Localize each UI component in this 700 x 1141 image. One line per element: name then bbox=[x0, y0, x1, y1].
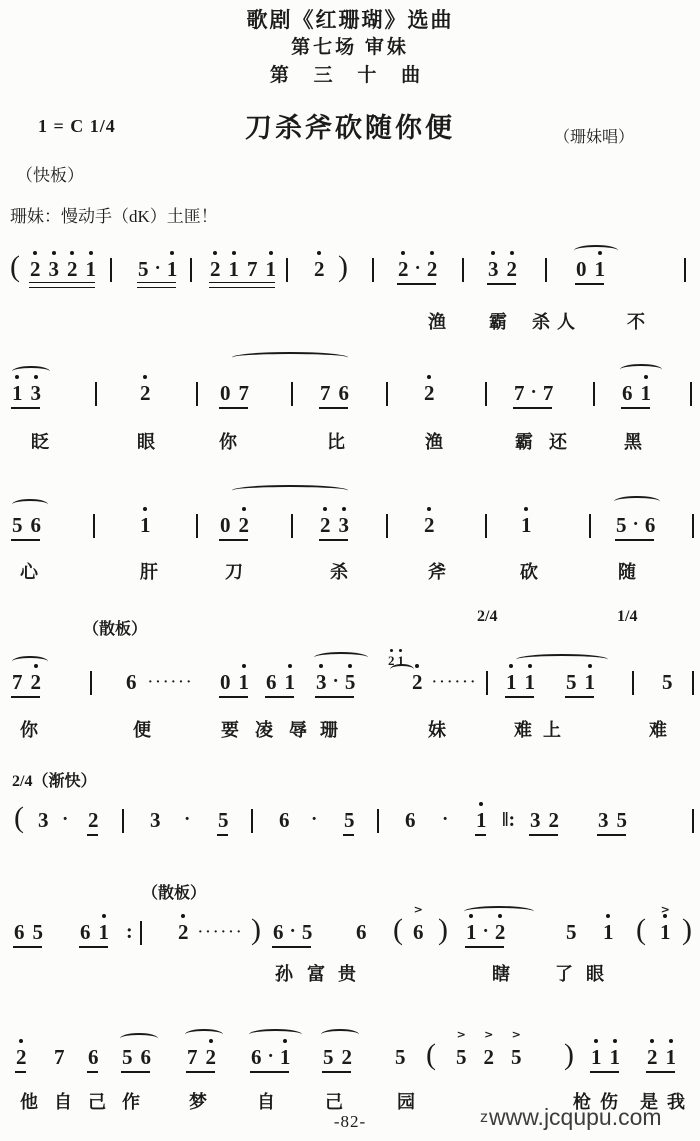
barline bbox=[291, 382, 293, 406]
notes-cell: 65 bbox=[14, 920, 43, 944]
tempo-meter-mark: 2/4（渐快） bbox=[12, 768, 96, 791]
tie-arc bbox=[574, 245, 618, 256]
notes-cell: 5 bbox=[662, 670, 673, 694]
lyric: 作 bbox=[122, 1088, 140, 1114]
lyric: 凌 bbox=[255, 716, 273, 742]
lyric: 不 bbox=[627, 308, 645, 334]
tie-arc bbox=[516, 654, 608, 665]
open-paren: ( bbox=[426, 1040, 436, 1070]
barline bbox=[140, 921, 142, 945]
barline bbox=[386, 514, 388, 538]
lyric: 了 bbox=[555, 960, 573, 986]
open-paren: ( bbox=[636, 915, 646, 945]
notes-cell: 61 bbox=[266, 670, 295, 694]
notes-cell: 1·2 bbox=[466, 920, 505, 944]
notes-cell: 52 bbox=[323, 1045, 352, 1069]
notes-cell: 5>2>5> bbox=[456, 1045, 522, 1069]
notes-cell: 7·7 bbox=[514, 381, 553, 405]
barline bbox=[190, 258, 192, 282]
notes-cell: 01 bbox=[220, 670, 249, 694]
tie-arc bbox=[120, 1033, 158, 1044]
tempo-meter-mark: 2/4 bbox=[477, 608, 497, 626]
lyric: 难 bbox=[649, 716, 667, 742]
lyric: 人 bbox=[557, 308, 575, 334]
lyric: 富 bbox=[307, 960, 325, 986]
notes-cell: 2·2 bbox=[398, 257, 437, 281]
lyric: 眼 bbox=[586, 960, 604, 986]
open-paren: ( bbox=[10, 252, 20, 282]
notes-cell: 6 bbox=[88, 1045, 99, 1069]
notes-cell: 11 bbox=[506, 670, 535, 694]
barline bbox=[593, 382, 595, 406]
barline bbox=[286, 258, 288, 282]
lyric: 比 bbox=[327, 428, 345, 454]
lyric: 杀 bbox=[532, 308, 550, 334]
tie-arc bbox=[321, 1029, 359, 1040]
lyric: 梦 bbox=[189, 1088, 207, 1114]
notes-cell: 72 bbox=[187, 1045, 216, 1069]
notes-cell: 5 bbox=[566, 920, 577, 944]
barline bbox=[251, 809, 253, 833]
barline bbox=[291, 514, 293, 538]
barline bbox=[589, 514, 591, 538]
watermark: zwww.jcqupu.com bbox=[480, 1104, 662, 1131]
notes-cell: · bbox=[64, 808, 74, 832]
notes-cell: 5 bbox=[344, 808, 355, 832]
notes-cell: 35 bbox=[598, 808, 627, 832]
barline bbox=[690, 382, 692, 406]
continuation-dots: ······ bbox=[198, 923, 244, 943]
lyric: 珊 bbox=[320, 716, 338, 742]
barline bbox=[486, 671, 488, 695]
lyric: 刀 bbox=[225, 558, 243, 584]
notes-cell: 01 bbox=[576, 257, 605, 281]
lyric: 心 bbox=[20, 558, 38, 584]
notes-cell: 23 bbox=[320, 513, 349, 537]
tie-arc bbox=[12, 656, 48, 667]
barline bbox=[93, 514, 95, 538]
lyric: 上 bbox=[543, 716, 561, 742]
notes-cell: 1 bbox=[521, 513, 532, 537]
notes-cell: 13 bbox=[12, 381, 41, 405]
lyric: 难 bbox=[514, 716, 532, 742]
lyric: 己 bbox=[325, 1088, 343, 1114]
lyric: 孙 bbox=[275, 960, 293, 986]
close-paren: ) bbox=[251, 915, 261, 945]
notes-cell: 21 bbox=[647, 1045, 676, 1069]
barline bbox=[485, 514, 487, 538]
lyric: 渔 bbox=[428, 308, 446, 334]
tempo-kuaiban: （快板） bbox=[16, 161, 84, 186]
barline bbox=[372, 258, 374, 282]
notes-cell: 1 bbox=[603, 920, 614, 944]
barline bbox=[632, 671, 634, 695]
tempo-meter-mark: 1/4 bbox=[617, 608, 637, 626]
score-page: 歌剧《红珊瑚》选曲 第七场 审妹 第 三 十 曲 1 = C 1/4 刀杀斧砍随… bbox=[0, 0, 700, 1141]
notes-cell: 6 bbox=[405, 808, 416, 832]
notes-cell: 6 bbox=[356, 920, 367, 944]
barline bbox=[196, 514, 198, 538]
lyric: 斧 bbox=[428, 558, 446, 584]
notes-cell: 5·6 bbox=[616, 513, 655, 537]
barline bbox=[545, 258, 547, 282]
lyric: 霸 bbox=[489, 308, 507, 334]
notes-cell: 61 bbox=[80, 920, 109, 944]
notes-cell: 2 bbox=[88, 808, 99, 832]
lyric: 还 bbox=[549, 428, 567, 454]
close-paren: ) bbox=[338, 252, 348, 282]
notes-cell: 6 bbox=[126, 670, 137, 694]
lyric: 便 bbox=[133, 716, 151, 742]
lyric: 黑 bbox=[624, 428, 642, 454]
notes-cell: 32 bbox=[488, 257, 517, 281]
scene-title: 第七场 审妹 bbox=[0, 32, 700, 59]
open-paren: ( bbox=[393, 915, 403, 945]
lyric: 园 bbox=[397, 1088, 415, 1114]
close-paren: ) bbox=[438, 915, 448, 945]
notes-cell: · bbox=[444, 808, 454, 832]
lyric: 妹 bbox=[428, 716, 446, 742]
notes-cell: 3·5 bbox=[316, 670, 355, 694]
notes-cell: 2 bbox=[178, 920, 189, 944]
notes-cell: · bbox=[186, 808, 196, 832]
notes-cell: 51 bbox=[566, 670, 595, 694]
barline bbox=[485, 382, 487, 406]
notes-cell: 2321 bbox=[30, 257, 96, 281]
tie-arc bbox=[232, 352, 348, 363]
notes-cell: 2171 bbox=[210, 257, 276, 281]
lyric: 眼 bbox=[137, 428, 155, 454]
lyric: 我 bbox=[667, 1088, 685, 1114]
notes-cell: 6·5 bbox=[273, 920, 312, 944]
tie-arc bbox=[249, 1029, 302, 1040]
notes-cell: 6> bbox=[413, 920, 424, 944]
lyric: 要 bbox=[221, 716, 239, 742]
tempo-meter-mark: （散板） bbox=[83, 616, 147, 639]
notes-cell: 2 bbox=[424, 381, 435, 405]
barline bbox=[90, 671, 92, 695]
notes-cell: 61 bbox=[622, 381, 651, 405]
notes-cell: 3 bbox=[38, 808, 49, 832]
tie-arc bbox=[620, 364, 662, 375]
lyric: 贵 bbox=[338, 960, 356, 986]
barline bbox=[95, 382, 97, 406]
lyric: 霸 bbox=[515, 428, 533, 454]
notes-cell: 6·1 bbox=[251, 1045, 290, 1069]
notes-cell: 07 bbox=[220, 381, 249, 405]
notes-cell: 56 bbox=[122, 1045, 151, 1069]
notes-cell: 5 bbox=[395, 1045, 406, 1069]
close-paren: ) bbox=[682, 915, 692, 945]
notes-cell: 11 bbox=[591, 1045, 620, 1069]
lyric: 渔 bbox=[425, 428, 443, 454]
barline bbox=[462, 258, 464, 282]
notes-cell: 1 bbox=[140, 513, 151, 537]
tie-arc bbox=[185, 1029, 223, 1040]
lyric: 肝 bbox=[140, 558, 158, 584]
singer-note: （珊妹唱） bbox=[554, 124, 634, 147]
notes-cell: 6 bbox=[279, 808, 290, 832]
notes-cell: 02 bbox=[220, 513, 249, 537]
repeat-colon: : bbox=[126, 920, 133, 944]
tie-arc bbox=[12, 366, 50, 377]
close-paren: ) bbox=[564, 1040, 574, 1070]
notes-cell: 5 bbox=[218, 808, 229, 832]
notes-cell: 1 bbox=[476, 808, 487, 832]
notes-cell: 5·1 bbox=[138, 257, 177, 281]
lyric: 自 bbox=[257, 1088, 275, 1114]
continuation-dots: ······ bbox=[432, 673, 478, 693]
lyric: 辱 bbox=[289, 716, 307, 742]
lyric: 自 bbox=[54, 1088, 72, 1114]
barline bbox=[692, 809, 694, 833]
barline bbox=[196, 382, 198, 406]
lyric: 砍 bbox=[520, 558, 538, 584]
notes-cell: 2 bbox=[140, 381, 151, 405]
lyric: 杀 bbox=[330, 558, 348, 584]
barline bbox=[386, 382, 388, 406]
notes-cell: 3 bbox=[150, 808, 161, 832]
tie-arc bbox=[390, 664, 414, 675]
collection-title: 歌剧《红珊瑚》选曲 bbox=[0, 4, 700, 34]
open-paren: ( bbox=[14, 803, 24, 833]
lyric: 你 bbox=[219, 428, 237, 454]
lyric: 随 bbox=[618, 558, 636, 584]
tie-arc bbox=[614, 496, 660, 507]
barline bbox=[692, 671, 694, 695]
repeat-start-sign: ‖: bbox=[502, 808, 515, 832]
lyric: 眨 bbox=[31, 428, 49, 454]
lyric: 你 bbox=[20, 716, 38, 742]
lyric: 瞎 bbox=[492, 960, 510, 986]
piece-number: 第 三 十 曲 bbox=[0, 60, 700, 87]
notes-cell: 76 bbox=[320, 381, 349, 405]
notes-cell: 2 bbox=[314, 257, 325, 281]
barline bbox=[110, 258, 112, 282]
notes-cell: 2 bbox=[424, 513, 435, 537]
tie-arc bbox=[314, 652, 368, 663]
notes-cell: 72 bbox=[12, 670, 41, 694]
watermark-site: www.jcqupu.com bbox=[489, 1104, 662, 1130]
tempo-meter-mark: （散板） bbox=[142, 880, 206, 903]
lyric: 己 bbox=[88, 1088, 106, 1114]
barline bbox=[692, 514, 694, 538]
barline bbox=[377, 809, 379, 833]
notes-cell: 2 bbox=[16, 1045, 27, 1069]
continuation-dots: ······ bbox=[148, 673, 194, 693]
barline bbox=[684, 258, 686, 282]
notes-cell: 32 bbox=[530, 808, 559, 832]
notes-cell: 1> bbox=[660, 920, 671, 944]
spoken-line: 珊妹：慢动手（dK）土匪！ bbox=[10, 202, 218, 227]
barline bbox=[122, 809, 124, 833]
watermark-mark: z bbox=[480, 1109, 488, 1126]
tie-arc bbox=[464, 906, 534, 917]
notes-cell: 56 bbox=[12, 513, 41, 537]
tie-arc bbox=[12, 499, 48, 510]
notes-cell: 7 bbox=[54, 1045, 65, 1069]
notes-cell: · bbox=[313, 808, 323, 832]
lyric: 他 bbox=[20, 1088, 38, 1114]
tie-arc bbox=[232, 485, 348, 496]
